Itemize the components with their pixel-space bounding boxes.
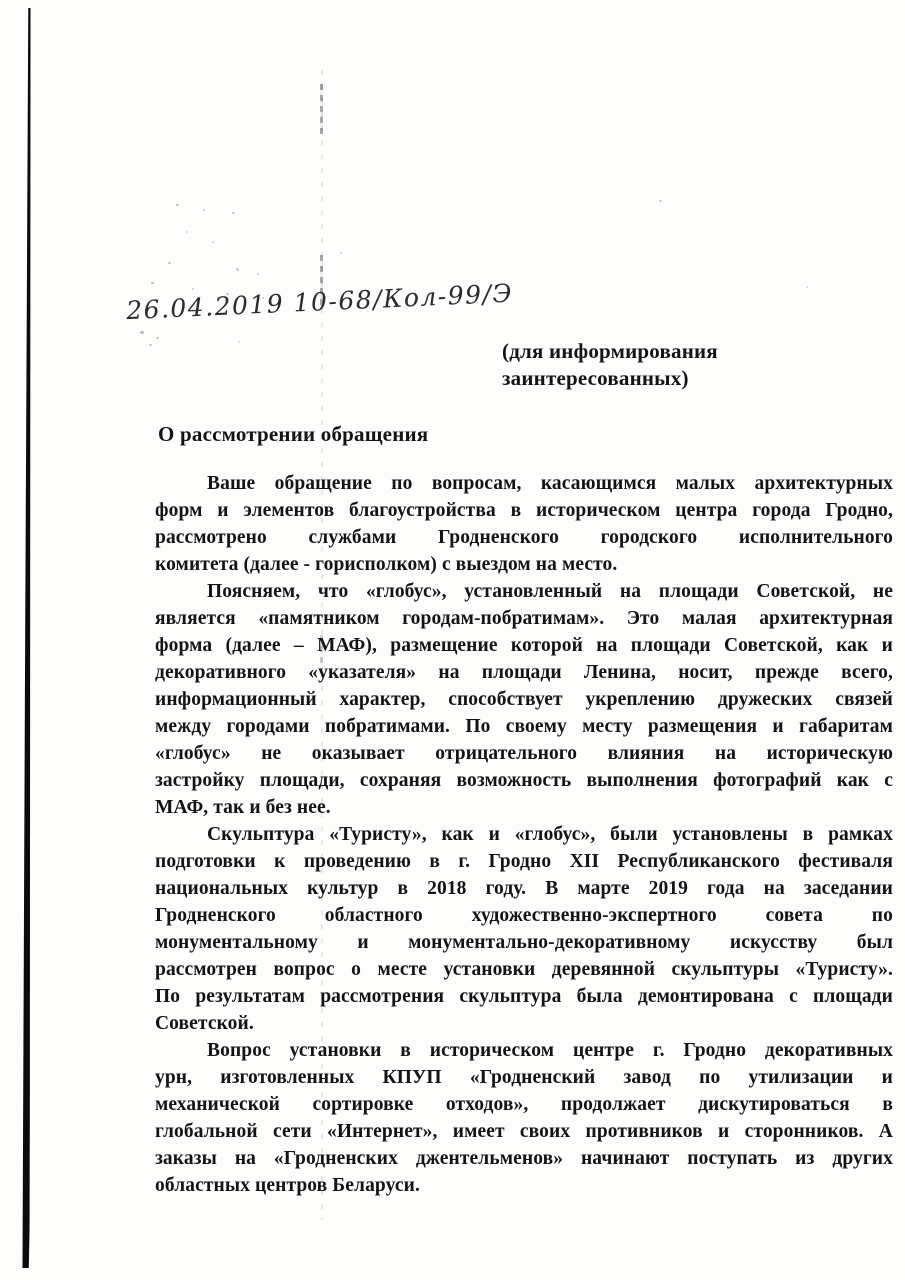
body-line: заказы на «Гродненских джентельменов» на… xyxy=(155,1145,893,1172)
body-line: По результатам рассмотрения скульптура б… xyxy=(155,983,893,1010)
fold-crease-segment xyxy=(320,84,323,134)
scanned-letter-page: 26.04.2019 10-68/Кол-99/Э (для информиро… xyxy=(0,0,905,1280)
body-line: глобальной сети «Интернет», имеет своих … xyxy=(155,1118,893,1145)
body-line: Вопрос установки в историческом центре г… xyxy=(155,1037,893,1064)
letter-body: Ваше обращение по вопросам, касающимся м… xyxy=(155,470,893,1199)
body-line: Советской. xyxy=(155,1010,893,1037)
body-line: МАФ, так и без нее. xyxy=(155,794,893,821)
scan-edge-line xyxy=(21,8,33,1268)
body-line: рассмотрено службами Гродненского городс… xyxy=(155,524,893,551)
recipient-note: (для информирования заинтересованных) xyxy=(502,338,718,392)
body-line: Ваше обращение по вопросам, касающимся м… xyxy=(155,470,893,497)
body-line: является «памятником городам-побратимам»… xyxy=(155,605,893,632)
body-line: декоративного «указателя» на площади Лен… xyxy=(155,659,893,686)
recipient-note-line1: (для информирования xyxy=(502,338,718,365)
body-line: рассмотрен вопрос о месте установки дере… xyxy=(155,956,893,983)
handwritten-registration-note: 26.04.2019 10-68/Кол-99/Э xyxy=(126,280,487,325)
body-line: национальных культур в 2018 году. В март… xyxy=(155,875,893,902)
body-line: механической сортировке отходов», продол… xyxy=(155,1091,893,1118)
body-line: Гродненского областного художественно-эк… xyxy=(155,902,893,929)
body-line: подготовки к проведению в г. Гродно XII … xyxy=(155,848,893,875)
recipient-note-line2: заинтересованных) xyxy=(502,365,718,392)
body-line: форм и элементов благоустройства в истор… xyxy=(155,497,893,524)
body-line: «глобус» не оказывает отрицательного вли… xyxy=(155,740,893,767)
body-line: застройку площади, сохраняя возможность … xyxy=(155,767,893,794)
body-line: Скульптура «Туристу», как и «глобус», бы… xyxy=(155,821,893,848)
body-line: монументальному и монументально-декорати… xyxy=(155,929,893,956)
letter-subject: О рассмотрении обращения xyxy=(158,422,428,447)
body-line: областных центров Беларуси. xyxy=(155,1172,893,1199)
body-line: Поясняем, что «глобус», установленный на… xyxy=(155,578,893,605)
body-line: между городами побратимами. По своему ме… xyxy=(155,713,893,740)
body-line: комитета (далее - горисполком) с выездом… xyxy=(155,551,893,578)
body-line: урн, изготовленных КПУП «Гродненский зав… xyxy=(155,1064,893,1091)
body-line: информационный характер, способствует ук… xyxy=(155,686,893,713)
body-line: форма (далее – МАФ), размещение которой … xyxy=(155,632,893,659)
